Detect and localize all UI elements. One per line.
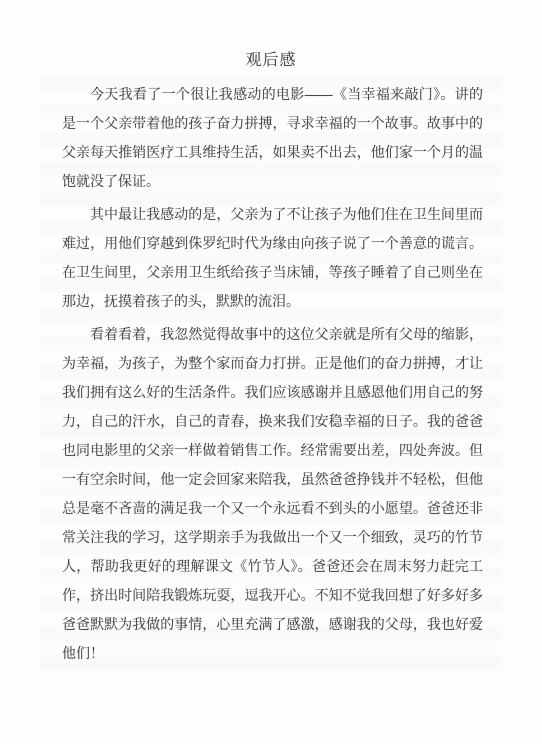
essay-paragraph-intro: 今天我看了一个很让我感动的电影——《当幸福来敲门》。讲的是一个父亲带着他的孩子奋…: [62, 80, 483, 196]
essay-body: 今天我看了一个很让我感动的电影——《当幸福来敲门》。讲的是一个父亲带着他的孩子奋…: [62, 80, 483, 668]
essay-title: 观后感: [0, 0, 542, 70]
essay-paragraph-moving-scene: 其中最让我感动的是，父亲为了不让孩子为他们住在卫生间里而难过，用他们穿越到侏罗纪…: [62, 200, 483, 316]
document-page: 观后感 今天我看了一个很让我感动的电影——《当幸福来敲门》。讲的是一个父亲带着他…: [0, 0, 542, 744]
essay-paragraph-reflection: 看着看着，我忽然觉得故事中的这位父亲就是所有父母的缩影，为幸福，为孩子，为整个家…: [62, 320, 483, 668]
